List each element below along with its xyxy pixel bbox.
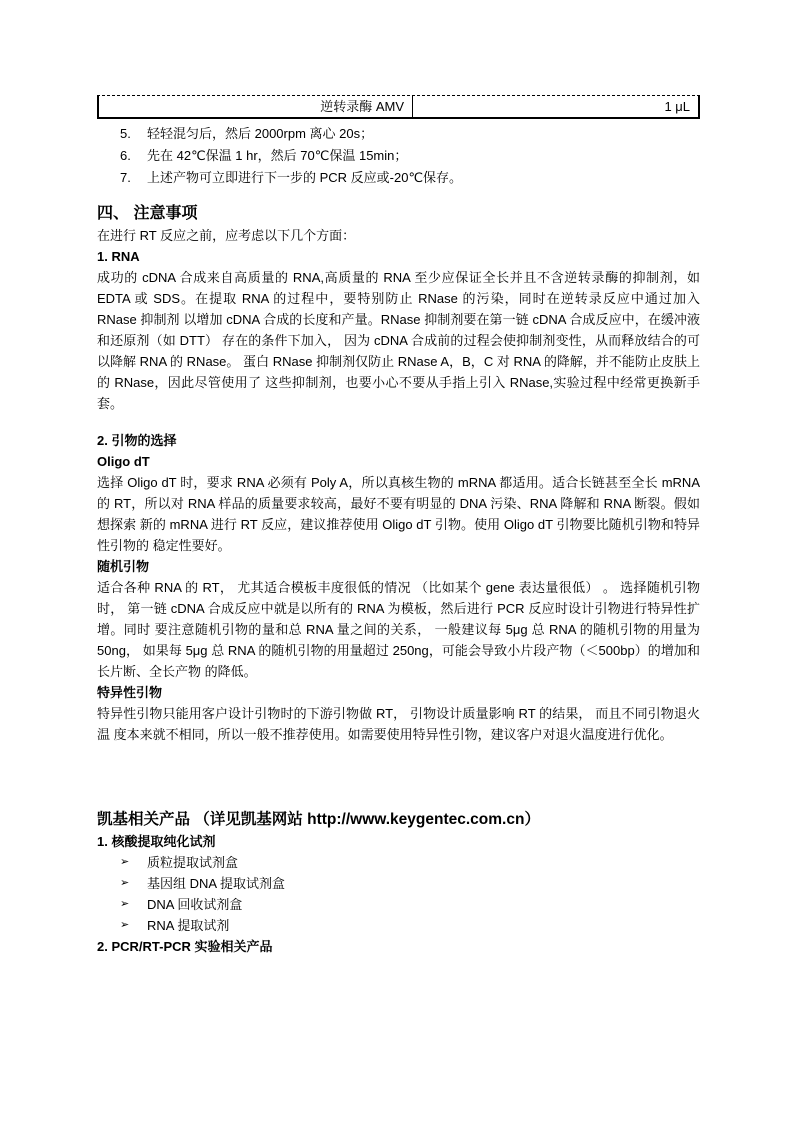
rna-heading: 1. RNA <box>97 246 700 267</box>
page-content: 逆转录酶 AMV 1 μL 5. 轻轻混匀后，然后 2000rpm 离心 20s… <box>97 95 700 957</box>
reagent-volume-cell: 1 μL <box>413 96 698 117</box>
specific-primer-paragraph: 特异性引物只能用客户设计引物时的下游引物做 RT， 引物设计质量影响 RT 的结… <box>97 703 700 745</box>
arrow-bullet-icon: ➢ <box>120 915 147 936</box>
product-item: ➢ 质粒提取试剂盒 <box>97 852 700 873</box>
protocol-step: 5. 轻轻混匀后，然后 2000rpm 离心 20s； <box>97 123 700 145</box>
product-label: RNA 提取试剂 <box>147 915 229 936</box>
random-primer-heading: 随机引物 <box>97 556 700 577</box>
reagent-table: 逆转录酶 AMV 1 μL <box>97 95 700 119</box>
product-label: 基因组 DNA 提取试剂盒 <box>147 873 285 894</box>
section-heading-notes: 四、 注意事项 <box>97 203 700 225</box>
random-primer-paragraph: 适合各种 RNA 的 RT， 尤其适合模板丰度很低的情况 （比如某个 gene … <box>97 577 700 682</box>
protocol-step: 6. 先在 42℃保温 1 hr，然后 70℃保温 15min； <box>97 145 700 167</box>
products-heading: 凯基相关产品 （详见凯基网站 http://www.keygentec.com.… <box>97 809 700 831</box>
product-item: ➢ RNA 提取试剂 <box>97 915 700 936</box>
step-number: 6. <box>120 145 147 167</box>
protocol-step: 7. 上述产物可立即进行下一步的 PCR 反应或-20℃保存。 <box>97 167 700 189</box>
step-number: 5. <box>120 123 147 145</box>
product-label: DNA 回收试剂盒 <box>147 894 242 915</box>
category2-heading: 2. PCR/RT-PCR 实验相关产品 <box>97 936 700 957</box>
oligo-dt-heading: Oligo dT <box>97 451 700 472</box>
products-title-suffix: ） <box>524 811 540 828</box>
product-list: ➢ 质粒提取试剂盒 ➢ 基因组 DNA 提取试剂盒 ➢ DNA 回收试剂盒 ➢ … <box>97 852 700 936</box>
product-item: ➢ DNA 回收试剂盒 <box>97 894 700 915</box>
specific-primer-heading: 特异性引物 <box>97 682 700 703</box>
step-text: 上述产物可立即进行下一步的 PCR 反应或-20℃保存。 <box>147 167 700 189</box>
step-text: 先在 42℃保温 1 hr，然后 70℃保温 15min； <box>147 145 700 167</box>
document-page: 逆转录酶 AMV 1 μL 5. 轻轻混匀后，然后 2000rpm 离心 20s… <box>0 0 794 1123</box>
product-label: 质粒提取试剂盒 <box>147 852 238 873</box>
protocol-steps: 5. 轻轻混匀后，然后 2000rpm 离心 20s； 6. 先在 42℃保温 … <box>97 123 700 189</box>
arrow-bullet-icon: ➢ <box>120 873 147 894</box>
reagent-name-cell: 逆转录酶 AMV <box>99 96 413 117</box>
oligo-dt-paragraph: 选择 Oligo dT 时，要求 RNA 必须有 Poly A，所以真核生物的 … <box>97 472 700 556</box>
website-url: http://www.keygentec.com.cn <box>307 811 524 828</box>
arrow-bullet-icon: ➢ <box>120 852 147 873</box>
product-item: ➢ 基因组 DNA 提取试剂盒 <box>97 873 700 894</box>
step-text: 轻轻混匀后，然后 2000rpm 离心 20s； <box>147 123 700 145</box>
primer-selection-heading: 2. 引物的选择 <box>97 430 700 451</box>
category1-heading: 1. 核酸提取纯化试剂 <box>97 831 700 852</box>
notes-intro: 在进行 RT 反应之前，应考虑以下几个方面： <box>97 225 700 246</box>
spacer <box>97 414 700 430</box>
rna-paragraph: 成功的 cDNA 合成来自高质量的 RNA,高质量的 RNA 至少应保证全长并且… <box>97 267 700 414</box>
products-title-text: 凯基相关产品 （详见凯基网站 <box>97 811 307 828</box>
arrow-bullet-icon: ➢ <box>120 894 147 915</box>
step-number: 7. <box>120 167 147 189</box>
